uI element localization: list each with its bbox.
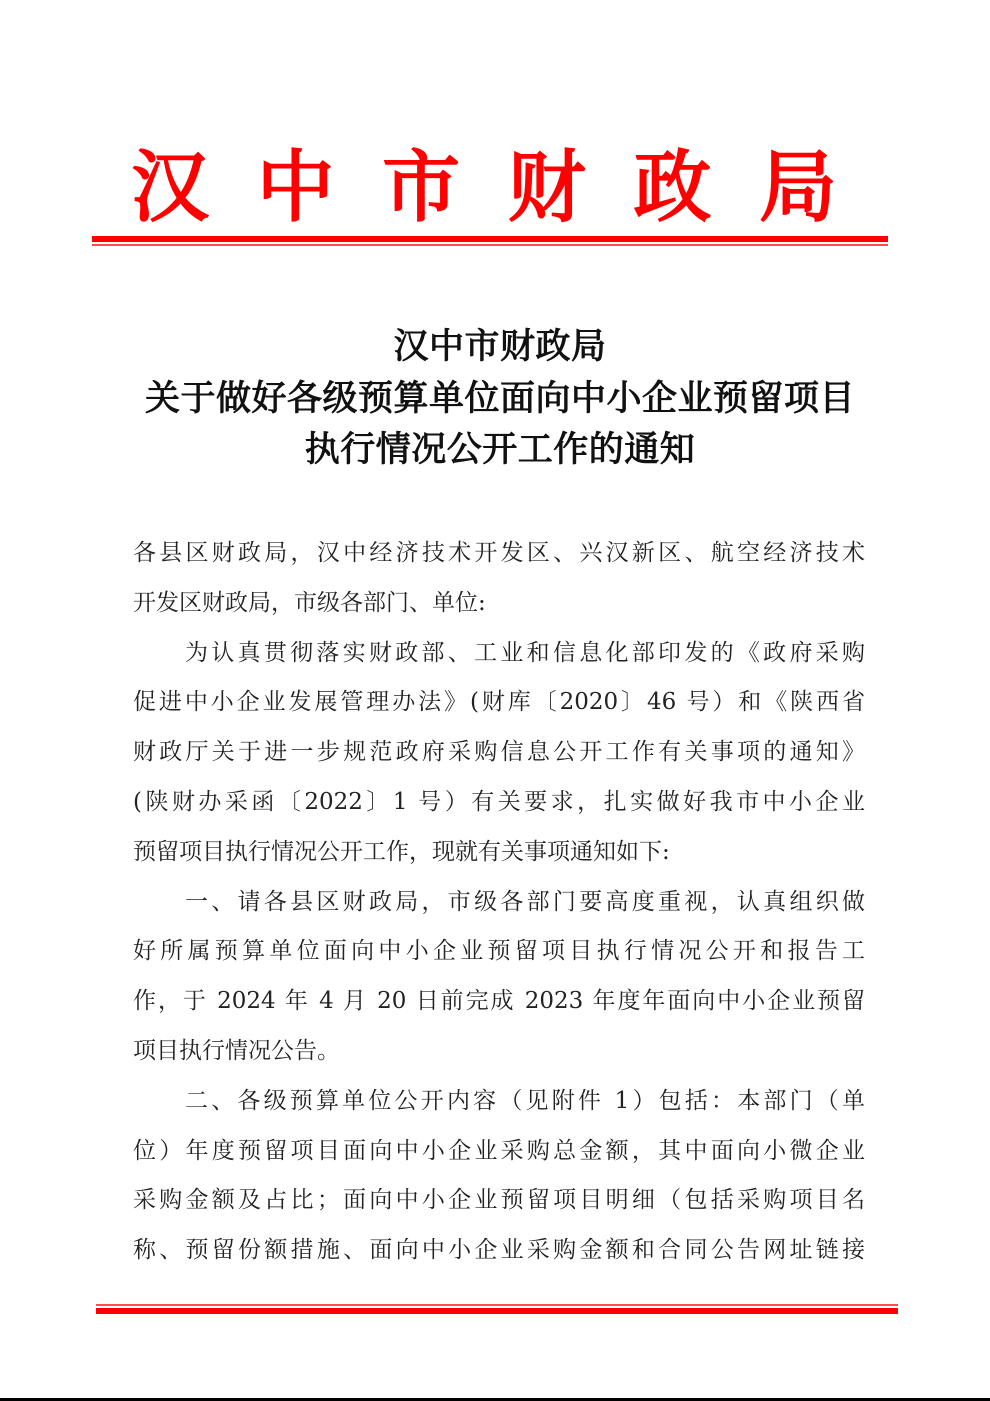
body-line: 项目执行情况公告。 bbox=[133, 1034, 865, 1084]
body-line: 各县区财政局，汉中经济技术开发区、兴汉新区、航空经济技术 bbox=[133, 536, 865, 586]
masthead-char: 政 bbox=[632, 140, 712, 236]
body-line: 作，于 2024 年 4 月 20 日前完成 2023 年度年面向中小企业预留 bbox=[133, 984, 865, 1034]
header-rule-thick bbox=[92, 236, 888, 242]
document-page: 汉 中 市 财 政 局 汉中市财政局 关于做好各级预算单位面向中小企业预留项目 … bbox=[0, 0, 990, 1401]
title-line-1: 汉中市财政局 bbox=[120, 322, 880, 372]
title-line-2: 关于做好各级预算单位面向中小企业预留项目 bbox=[120, 374, 880, 424]
body-line: (陕财办采函〔2022〕1 号）有关要求，扎实做好我市中小企业 bbox=[133, 785, 865, 835]
masthead-char: 局 bbox=[758, 140, 838, 236]
body-line: 称、预留份额措施、面向中小企业采购金额和合同公告网址链接 bbox=[133, 1233, 865, 1283]
masthead-char: 财 bbox=[507, 140, 587, 236]
title-line-3: 执行情况公开工作的通知 bbox=[120, 425, 880, 475]
masthead-char: 市 bbox=[381, 140, 461, 236]
body-line: 位）年度预留项目面向中小企业采购总金额，其中面向小微企业 bbox=[133, 1134, 865, 1184]
body-line: 一、请各县区财政局，市级各部门要高度重视，认真组织做 bbox=[185, 885, 865, 935]
header-rule-thin bbox=[92, 244, 888, 246]
body-line: 开发区财政局，市级各部门、单位: bbox=[133, 586, 865, 636]
masthead: 汉 中 市 财 政 局 bbox=[92, 140, 888, 236]
footer-rule-thin bbox=[96, 1304, 898, 1306]
masthead-char: 汉 bbox=[130, 140, 210, 236]
body-line: 财政厅关于进一步规范政府采购信息公开工作有关事项的通知》 bbox=[133, 735, 865, 785]
footer-rule-thick bbox=[96, 1308, 898, 1314]
body-line: 采购金额及占比；面向中小企业预留项目明细（包括采购项目名 bbox=[133, 1183, 865, 1233]
body-line: 促进中小企业发展管理办法》(财库〔2020〕46 号）和《陕西省 bbox=[133, 685, 865, 735]
body-line: 预留项目执行情况公开工作，现就有关事项通知如下: bbox=[133, 835, 865, 885]
body-line: 为认真贯彻落实财政部、工业和信息化部印发的《政府采购 bbox=[185, 636, 865, 686]
masthead-char: 中 bbox=[256, 140, 336, 236]
body-line: 二、各级预算单位公开内容（见附件 1）包括：本部门（单 bbox=[185, 1084, 865, 1134]
body-line: 好所属预算单位面向中小企业预留项目执行情况公开和报告工 bbox=[133, 934, 865, 984]
